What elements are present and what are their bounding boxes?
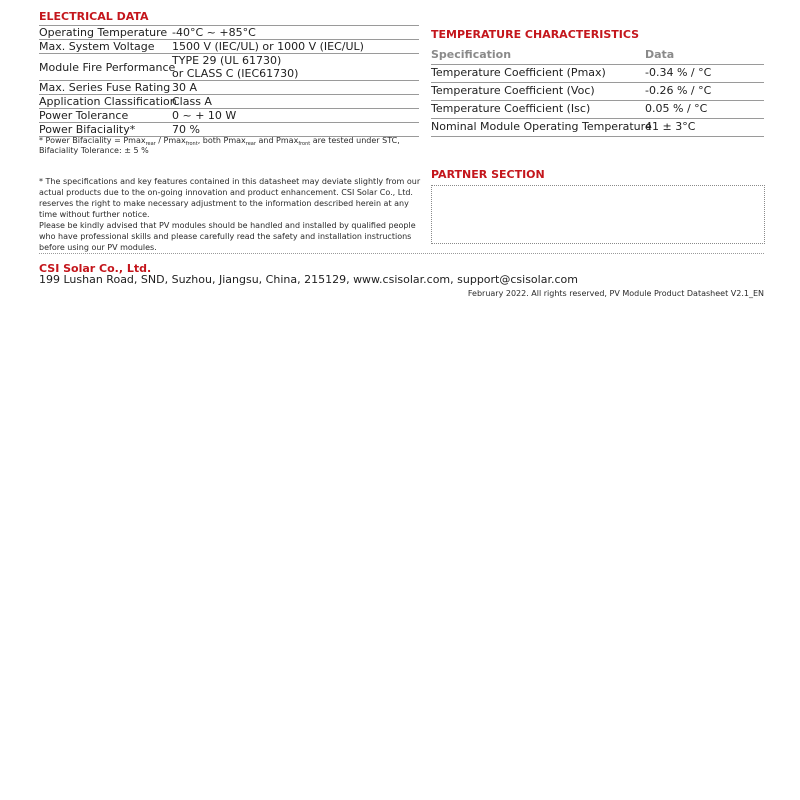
- table-row: Application Classification Class A: [39, 95, 419, 109]
- row-spec: Temperature Coefficient (Voc): [431, 83, 645, 100]
- bifaciality-footnote: * Power Bifaciality = Pmaxrear / Pmaxfro…: [39, 136, 429, 156]
- company-address: 199 Lushan Road, SND, Suzhou, Jiangsu, C…: [39, 273, 578, 286]
- row-spec: Temperature Coefficient (Pmax): [431, 65, 645, 82]
- table-row: Operating Temperature -40°C ~ +85°C: [39, 26, 419, 40]
- temperature-characteristics-title: TEMPERATURE CHARACTERISTICS: [431, 28, 639, 41]
- disclaimer: * The specifications and key features co…: [39, 176, 425, 253]
- row-value-line: or CLASS C (IEC61730): [172, 67, 419, 80]
- row-data: -0.26 % / °C: [645, 83, 764, 100]
- row-label: Application Classification: [39, 95, 172, 108]
- footnote-subscript: front: [298, 141, 310, 147]
- table-row: Temperature Coefficient (Pmax) -0.34 % /…: [431, 65, 764, 83]
- electrical-data-title: ELECTRICAL DATA: [39, 10, 149, 23]
- temperature-table: Specification Data Temperature Coefficie…: [431, 47, 764, 137]
- footnote-text: and Pmax: [256, 136, 298, 145]
- partner-section-title: PARTNER SECTION: [431, 168, 545, 181]
- column-header-data: Data: [645, 47, 764, 64]
- footnote-text: / Pmax: [156, 136, 186, 145]
- copyright-notice: February 2022. All rights reserved, PV M…: [468, 289, 764, 298]
- row-label: Max. System Voltage: [39, 40, 172, 53]
- row-value: 30 A: [172, 81, 419, 94]
- partner-section-box: [431, 185, 765, 244]
- row-spec: Nominal Module Operating Temperature: [431, 119, 645, 136]
- row-value-line: TYPE 29 (UL 61730): [172, 54, 419, 67]
- column-header-specification: Specification: [431, 47, 645, 64]
- disclaimer-paragraph: Please be kindly advised that PV modules…: [39, 220, 425, 253]
- row-value: -40°C ~ +85°C: [172, 26, 419, 39]
- table-row: Temperature Coefficient (Isc) 0.05 % / °…: [431, 101, 764, 119]
- footnote-subscript: front: [186, 141, 198, 147]
- row-data: -0.34 % / °C: [645, 65, 764, 82]
- footnote-text: * Power Bifaciality = Pmax: [39, 136, 146, 145]
- row-value: 0 ~ + 10 W: [172, 109, 419, 122]
- table-row: Max. Series Fuse Rating 30 A: [39, 81, 419, 95]
- table-row: Power Bifaciality* 70 %: [39, 123, 419, 137]
- row-value: 1500 V (IEC/UL) or 1000 V (IEC/UL): [172, 40, 419, 53]
- table-row: Module Fire Performance TYPE 29 (UL 6173…: [39, 54, 419, 81]
- footnote-subscript: rear: [246, 141, 256, 147]
- row-label: Max. Series Fuse Rating: [39, 81, 172, 94]
- electrical-data-table: Operating Temperature -40°C ~ +85°C Max.…: [39, 25, 419, 137]
- table-header-row: Specification Data: [431, 47, 764, 65]
- table-row: Temperature Coefficient (Voc) -0.26 % / …: [431, 83, 764, 101]
- disclaimer-paragraph: * The specifications and key features co…: [39, 176, 425, 220]
- row-label: Module Fire Performance: [39, 54, 172, 80]
- row-data: 0.05 % / °C: [645, 101, 764, 118]
- row-value: Class A: [172, 95, 419, 108]
- row-label: Power Tolerance: [39, 109, 172, 122]
- row-value: 70 %: [172, 123, 419, 136]
- row-spec: Temperature Coefficient (Isc): [431, 101, 645, 118]
- row-value: TYPE 29 (UL 61730) or CLASS C (IEC61730): [172, 54, 419, 80]
- table-row: Power Tolerance 0 ~ + 10 W: [39, 109, 419, 123]
- table-row: Nominal Module Operating Temperature 41 …: [431, 119, 764, 137]
- row-data: 41 ± 3°C: [645, 119, 764, 136]
- footnote-text: , both Pmax: [198, 136, 246, 145]
- table-row: Max. System Voltage 1500 V (IEC/UL) or 1…: [39, 40, 419, 54]
- row-label: Power Bifaciality*: [39, 123, 172, 136]
- footer-divider: [39, 253, 764, 254]
- row-label: Operating Temperature: [39, 26, 172, 39]
